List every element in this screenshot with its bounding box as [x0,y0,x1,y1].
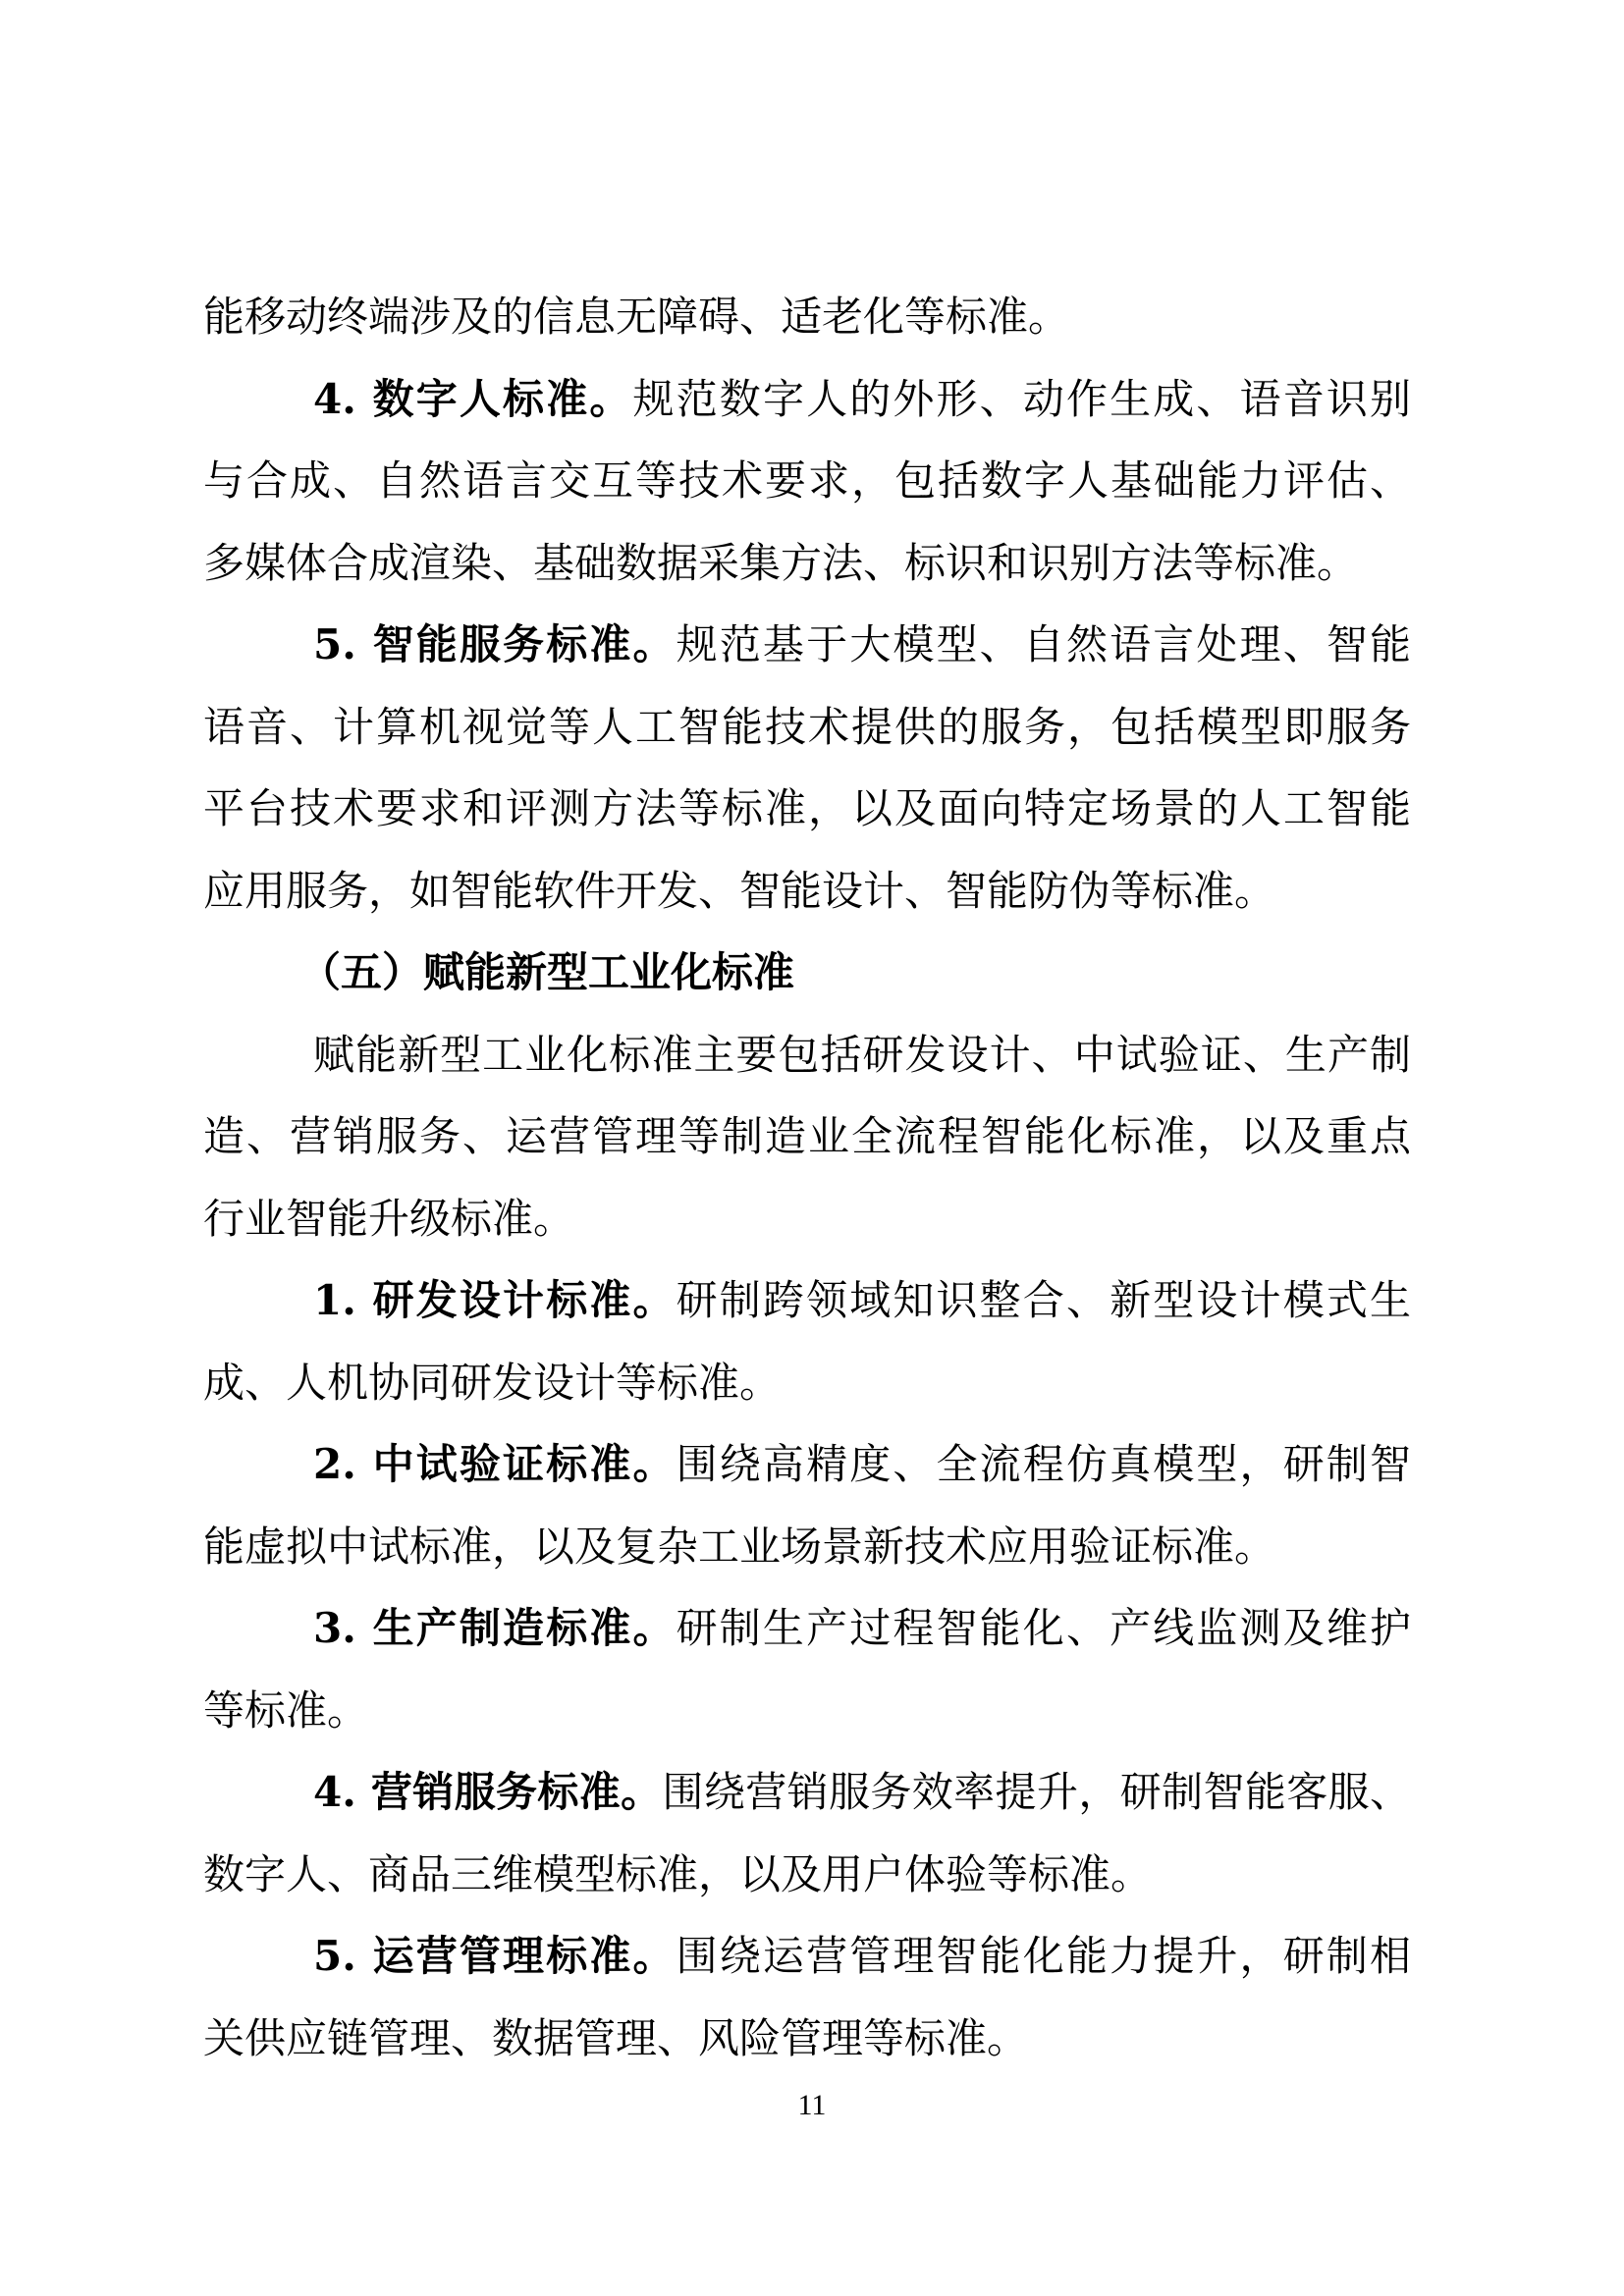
item-heading: 1. 研发设计标准。 [313,1276,677,1324]
text-line: 平台技术要求和评测方法等标准，以及面向特定场景的人工智能 [203,779,1411,862]
text-line: 数字人、商品三维模型标准，以及用户体验等标准。 [203,1845,1411,1928]
page-number: 11 [0,2089,1624,2122]
text-line: 应用服务，如智能软件开发、智能设计、智能防伪等标准。 [203,862,1411,944]
item-heading: 5. 智能服务标准。 [313,620,677,668]
item-text: 规范基于大模型、自然语言处理、智能 [677,620,1411,668]
text-line: 成、人机协同研发设计等标准。 [203,1354,1411,1436]
line-text: 应用服务，如智能软件开发、智能设计、智能防伪等标准。 [203,867,1275,915]
text-line: 等标准。 [203,1682,1411,1764]
item-heading: 2. 中试验证标准。 [313,1440,677,1488]
list-item-smart-service: 5. 智能服务标准。规范基于大模型、自然语言处理、智能 [203,615,1411,698]
text-line: 能虚拟中试标准，以及复杂工业场景新技术应用验证标准。 [203,1518,1411,1600]
list-item-production: 3. 生产制造标准。研制生产过程智能化、产线监测及维护 [203,1599,1411,1682]
item-text: 研制跨领域知识整合、新型设计模式生 [677,1276,1411,1324]
line-text: 成、人机协同研发设计等标准。 [203,1359,781,1407]
item-heading: 4. 数字人标准。 [313,375,633,423]
line-text: 数字人、商品三维模型标准，以及用户体验等标准。 [203,1850,1152,1898]
line-text: 语音、计算机视觉等人工智能技术提供的服务，包括模型即服务 [203,703,1411,751]
text-line: 能移动终端涉及的信息无障碍、适老化等标准。 [203,288,1411,370]
item-heading: 4. 营销服务标准。 [313,1768,663,1816]
line-text: 与合成、自然语言交互等技术要求，包括数字人基础能力评估、 [203,456,1411,505]
item-text: 围绕运营管理智能化能力提升，研制相 [677,1932,1411,1980]
line-text: 行业智能升级标准。 [203,1195,574,1243]
line-text: 能虚拟中试标准，以及复杂工业场景新技术应用验证标准。 [203,1522,1275,1571]
section-heading: （五）赋能新型工业化标准 [203,943,1411,1026]
line-text: 等标准。 [203,1686,368,1735]
text-line: 与合成、自然语言交互等技术要求，包括数字人基础能力评估、 [203,452,1411,534]
list-item-marketing: 4. 营销服务标准。围绕营销服务效率提升，研制智能客服、 [203,1763,1411,1845]
list-item-rd-design: 1. 研发设计标准。研制跨领域知识整合、新型设计模式生 [203,1271,1411,1354]
item-text: 规范数字人的外形、动作生成、语音识别 [633,375,1412,423]
line-text: 造、营销服务、运营管理等制造业全流程智能化标准，以及重点 [203,1112,1411,1160]
item-text: 围绕高精度、全流程仿真模型，研制智 [677,1440,1411,1488]
list-item-digital-human: 4. 数字人标准。规范数字人的外形、动作生成、语音识别 [203,370,1411,453]
line-text: 赋能新型工业化标准主要包括研发设计、中试验证、生产制 [313,1031,1411,1079]
item-text: 研制生产过程智能化、产线监测及维护 [677,1604,1411,1652]
line-text: 多媒体合成渲染、基础数据采集方法、标识和识别方法等标准。 [203,539,1358,587]
text-line: 语音、计算机视觉等人工智能技术提供的服务，包括模型即服务 [203,698,1411,780]
line-text: 平台技术要求和评测方法等标准，以及面向特定场景的人工智能 [203,784,1411,832]
text-line: 行业智能升级标准。 [203,1190,1411,1272]
line-text: 关供应链管理、数据管理、风险管理等标准。 [203,2014,1028,2062]
text-line: 造、营销服务、运营管理等制造业全流程智能化标准，以及重点 [203,1107,1411,1190]
document-body: 能移动终端涉及的信息无障碍、适老化等标准。 4. 数字人标准。规范数字人的外形、… [203,288,1411,2091]
line-text: 能移动终端涉及的信息无障碍、适老化等标准。 [203,293,1069,341]
text-line: 关供应链管理、数据管理、风险管理等标准。 [203,2009,1411,2092]
section-title: （五）赋能新型工业化标准 [299,948,794,996]
item-heading: 3. 生产制造标准。 [313,1604,677,1652]
list-item-pilot-verification: 2. 中试验证标准。围绕高精度、全流程仿真模型，研制智 [203,1435,1411,1518]
text-line: 多媒体合成渲染、基础数据采集方法、标识和识别方法等标准。 [203,534,1411,616]
list-item-operations: 5. 运营管理标准。围绕运营管理智能化能力提升，研制相 [203,1927,1411,2009]
paragraph-intro: 赋能新型工业化标准主要包括研发设计、中试验证、生产制 [203,1026,1411,1108]
item-heading: 5. 运营管理标准。 [313,1932,677,1980]
item-text: 围绕营销服务效率提升，研制智能客服、 [663,1768,1411,1816]
